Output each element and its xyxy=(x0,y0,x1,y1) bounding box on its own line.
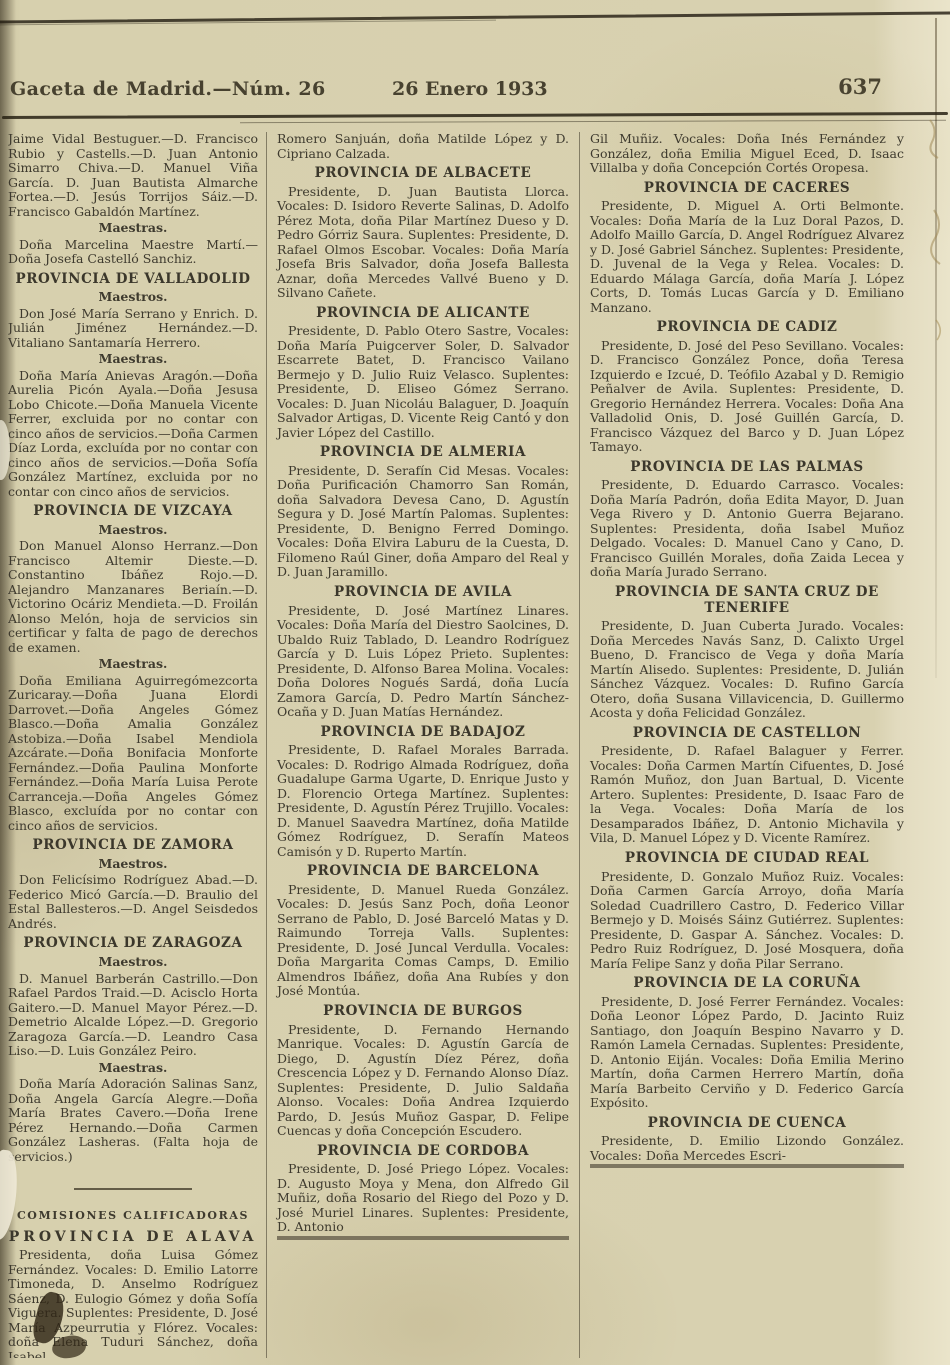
gazette-page: Gaceta de Madrid.—Núm. 26 26 Enero 1933 … xyxy=(0,0,950,1365)
province-heading: PROVINCIA DE CADIZ xyxy=(590,320,904,336)
province-heading: PROVINCIA DE ZARAGOZA xyxy=(8,936,258,952)
province-heading: PROVINCIA DE CACERES xyxy=(590,181,904,197)
province-heading: PROVINCIA DE ZAMORA xyxy=(8,838,258,854)
section-subheading: Maestras. xyxy=(8,221,258,236)
page-header: Gaceta de Madrid.—Núm. 26 26 Enero 1933 … xyxy=(0,78,950,112)
paragraph: Presidente, D. José Priego López. Vocale… xyxy=(277,1162,569,1240)
header-rule-secondary xyxy=(240,120,946,123)
column-1: Jaime Vidal Bestuguer.—D. Francisco Rubi… xyxy=(8,132,266,1358)
province-heading: PROVINCIA DE SANTA CRUZ DE TENERIFE xyxy=(590,585,904,616)
section-subheading: Maestras. xyxy=(8,352,258,367)
issue-date: 26 Enero 1933 xyxy=(392,78,548,100)
paragraph: Presidente, D. Eduardo Carrasco. Vocales… xyxy=(590,478,904,580)
section-subheading: Maestras. xyxy=(8,657,258,672)
section-subheading: Maestras. xyxy=(8,1061,258,1076)
text-columns: Jaime Vidal Bestuguer.—D. Francisco Rubi… xyxy=(8,132,908,1358)
paragraph: Presidente, D. Fernando Hernando Manriqu… xyxy=(277,1023,569,1139)
province-heading: PROVINCIA DE LA CORUÑA xyxy=(590,976,904,992)
paragraph: Presidente, D. Emilio Lizondo González. … xyxy=(590,1134,904,1168)
section-subheading: Maestros. xyxy=(8,857,258,872)
province-heading: PROVINCIA DE CUENCA xyxy=(590,1116,904,1132)
province-heading: PROVINCIA DE CIUDAD REAL xyxy=(590,851,904,867)
province-heading: PROVINCIA DE CORDOBA xyxy=(277,1144,569,1160)
province-heading: PROVINCIA DE BADAJOZ xyxy=(277,725,569,741)
column-2: Romero Sanjuán, doña Matilde López y D. … xyxy=(266,132,579,1358)
province-heading: PROVINCIA DE ALAVA xyxy=(8,1229,258,1245)
masthead-title: Gaceta de Madrid.—Núm. 26 xyxy=(10,78,326,100)
paragraph: Romero Sanjuán, doña Matilde López y D. … xyxy=(277,132,569,161)
province-heading: PROVINCIA DE ALICANTE xyxy=(277,306,569,322)
province-heading: PROVINCIA DE BARCELONA xyxy=(277,864,569,880)
paragraph: Doña Marcelina Maestre Martí.—Doña Josef… xyxy=(8,238,258,267)
section-subheading: Maestros. xyxy=(8,290,258,305)
section-subheading: Maestros. xyxy=(8,955,258,970)
paragraph: Jaime Vidal Bestuguer.—D. Francisco Rubi… xyxy=(8,132,258,219)
paragraph: Presidente, D. Juan Cuberta Jurado. Voca… xyxy=(590,619,904,721)
paragraph: D. Manuel Barberán Castrillo.—Don Rafael… xyxy=(8,972,258,1059)
handwritten-margin-marks xyxy=(900,90,950,490)
paragraph: Presidente, D. Juan Bautista Llorca. Voc… xyxy=(277,185,569,301)
paragraph: Doña María Anievas Aragón.—Doña Aurelia … xyxy=(8,369,258,500)
paragraph: Don Felicísimo Rodríguez Abad.—D. Federi… xyxy=(8,873,258,931)
province-heading: PROVINCIA DE VIZCAYA xyxy=(8,504,258,520)
paragraph: Don Manuel Alonso Herranz.—Don Francisco… xyxy=(8,539,258,655)
section-subheading: Maestros. xyxy=(8,523,258,538)
commissions-heading: COMISIONES CALIFICADORAS xyxy=(8,1210,258,1223)
paragraph: Doña Emiliana Aguirregómezcorta Zuricara… xyxy=(8,674,258,834)
header-rule xyxy=(2,112,948,119)
paragraph: Doña María Adoración Salinas Sanz, Doña … xyxy=(8,1077,258,1164)
paragraph: Presidente, D. Gonzalo Muñoz Ruiz. Vocal… xyxy=(590,870,904,972)
page-number: 637 xyxy=(838,74,882,99)
province-heading: PROVINCIA DE ALBACETE xyxy=(277,166,569,182)
province-heading: PROVINCIA DE LAS PALMAS xyxy=(590,460,904,476)
paragraph: Gil Muñiz. Vocales: Doña Inés Fernández … xyxy=(590,132,904,176)
paragraph: Presidente, D. Miguel A. Orti Belmonte. … xyxy=(590,199,904,315)
section-divider xyxy=(74,1188,192,1190)
province-heading: PROVINCIA DE BURGOS xyxy=(277,1004,569,1020)
province-heading: PROVINCIA DE CASTELLON xyxy=(590,726,904,742)
paragraph: Presidente, D. Serafín Cid Mesas. Vocale… xyxy=(277,464,569,580)
paragraph: Presidente, D. Rafael Morales Barrada. V… xyxy=(277,743,569,859)
province-heading: PROVINCIA DE ALMERIA xyxy=(277,445,569,461)
paragraph: Presidente, D. Manuel Rueda González. Vo… xyxy=(277,883,569,999)
paragraph: Presidente, D. José Ferrer Fernández. Vo… xyxy=(590,995,904,1111)
paragraph: Don José María Serrano y Enrich. D. Juli… xyxy=(8,307,258,351)
column-3: Gil Muñiz. Vocales: Doña Inés Fernández … xyxy=(579,132,908,1358)
province-heading: PROVINCIA DE AVILA xyxy=(277,585,569,601)
paragraph: Presidente, D. José Martínez Linares. Vo… xyxy=(277,604,569,720)
paragraph: Presidente, D. Rafael Balaguer y Ferrer.… xyxy=(590,744,904,846)
paragraph: Presidente, D. Pablo Otero Sastre, Vocal… xyxy=(277,324,569,440)
province-heading: PROVINCIA DE VALLADOLID xyxy=(8,272,258,288)
paragraph: Presidente, D. José del Peso Sevillano. … xyxy=(590,339,904,455)
page-top-edge xyxy=(0,11,950,23)
